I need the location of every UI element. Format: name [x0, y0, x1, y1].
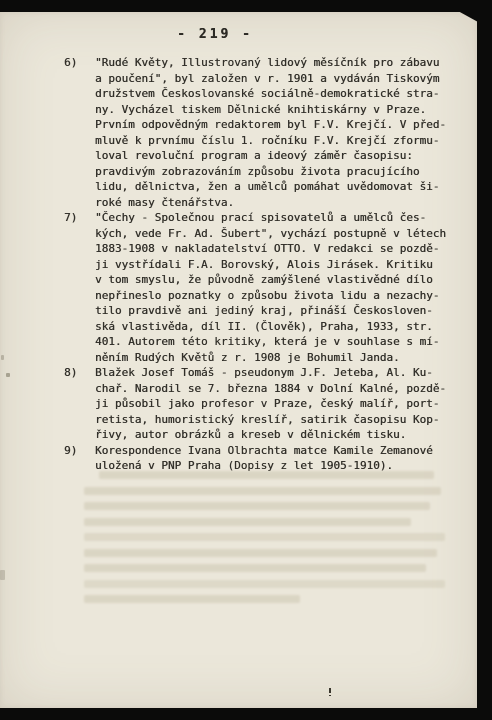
bleedthrough-line — [84, 487, 441, 495]
note-text: "Rudé Květy, Illustrovaný lidový měsíční… — [95, 55, 459, 210]
endnotes-list: 6) "Rudé Květy, Illustrovaný lidový měsí… — [64, 55, 462, 474]
bleedthrough-line — [84, 502, 430, 510]
note-item-6: 6) "Rudé Květy, Illustrovaný lidový měsí… — [64, 55, 462, 210]
bleedthrough-line — [84, 580, 445, 588]
note-number: 6) — [64, 55, 95, 71]
scanned-page-background: - 219 - 6) "Rudé Květy, Illustrovaný lid… — [0, 0, 492, 720]
bleedthrough-text — [84, 471, 456, 611]
note-number: 8) — [64, 365, 95, 381]
bleedthrough-line — [99, 471, 434, 479]
document-paper: - 219 - 6) "Rudé Květy, Illustrovaný lid… — [0, 12, 477, 708]
bleedthrough-line — [84, 533, 445, 541]
stray-ink-mark — [329, 688, 331, 696]
bleedthrough-line — [84, 564, 426, 572]
ink-speck — [1, 355, 4, 360]
bleedthrough-line — [84, 518, 411, 526]
ink-speck — [0, 570, 5, 580]
note-text: "Čechy - Společnou prací spisovatelů a u… — [95, 210, 459, 365]
note-item-7: 7) "Čechy - Společnou prací spisovatelů … — [64, 210, 462, 365]
bleedthrough-line — [84, 595, 300, 603]
note-item-9: 9) Korespondence Ivana Olbrachta matce K… — [64, 443, 462, 474]
ink-speck — [6, 373, 10, 377]
note-number: 9) — [64, 443, 95, 459]
note-item-8: 8) Blažek Josef Tomáš - pseudonym J.F. J… — [64, 365, 462, 443]
note-number: 7) — [64, 210, 95, 226]
page-number: - 219 - — [0, 27, 430, 42]
bleedthrough-line — [84, 549, 437, 557]
note-text: Blažek Josef Tomáš - pseudonym J.F. Jete… — [95, 365, 459, 443]
note-text: Korespondence Ivana Olbrachta matce Kami… — [95, 443, 459, 474]
